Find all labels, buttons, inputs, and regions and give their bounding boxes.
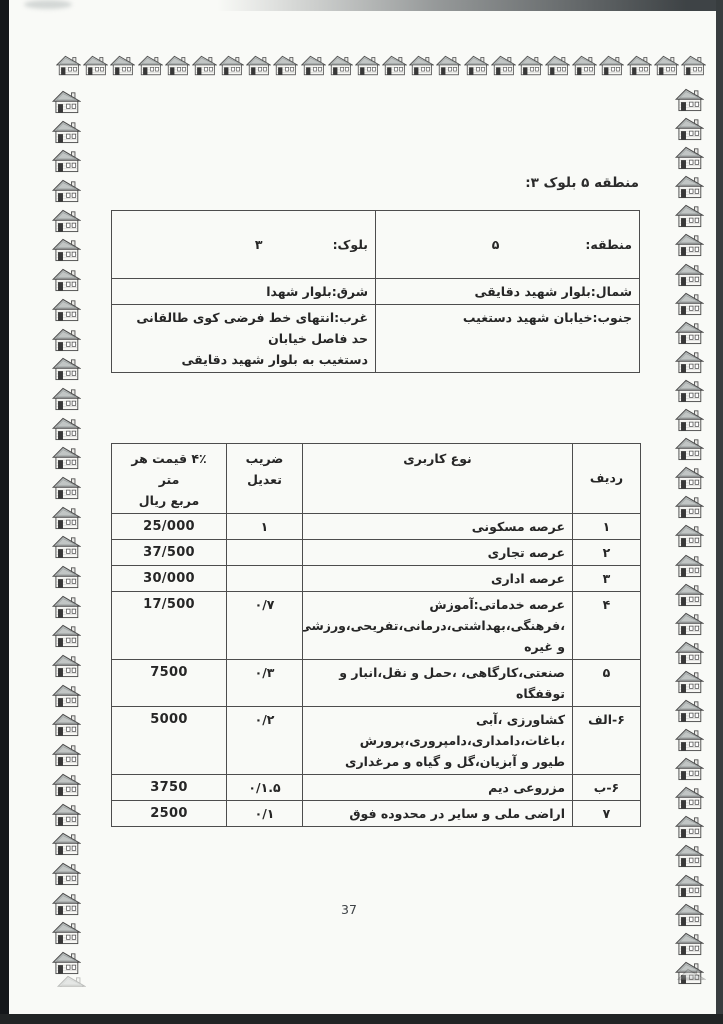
scan-edge-bottom — [0, 1014, 723, 1024]
house-icon — [52, 595, 81, 619]
house-icon — [52, 803, 81, 827]
house-icon — [52, 506, 81, 530]
scanned-document-page: منطقه ۵ بلوک ۳: منطقه: ۵ بلوک: ۳ شمال:بل… — [0, 0, 723, 1024]
table-row: ۴ عرصه خدماتی:آموزش ،فرهنگی،بهداشتی،درما… — [112, 592, 641, 660]
house-icon — [675, 699, 704, 723]
house-icon — [273, 55, 298, 76]
table-row: ۱ عرصه مسکونی ۱ 25/000 — [112, 514, 641, 540]
table-row: ۶-ب مزروعی دیم ۰/۱.۵ 3750 — [112, 775, 641, 801]
house-icon — [675, 321, 704, 345]
house-icon — [675, 728, 704, 752]
house-icon — [677, 968, 706, 980]
house-icon — [52, 120, 81, 144]
page-title: منطقه ۵ بلوک ۳: — [525, 175, 639, 191]
house-icon — [52, 238, 81, 262]
house-icon — [545, 55, 570, 76]
block-label: بلوک: — [333, 234, 368, 255]
coefficient-cell: ۰/۷ — [227, 592, 303, 660]
coefficient-cell — [227, 540, 303, 566]
house-icon — [355, 55, 380, 76]
house-icon — [52, 387, 81, 411]
house-icon — [219, 55, 244, 76]
table-row: جنوب:خیابان شهید دستغیب غرب:انتهای خط فر… — [112, 305, 640, 373]
coefficient-cell: ۰/۱.۵ — [227, 775, 303, 801]
coefficient-cell: ۰/۱ — [227, 801, 303, 827]
header-adjustment-coefficient: ضریب تعدیل — [227, 444, 303, 514]
house-icon — [464, 55, 489, 76]
house-icon — [52, 535, 81, 559]
house-icon — [328, 55, 353, 76]
house-icon — [675, 815, 704, 839]
house-icon — [52, 654, 81, 678]
coefficient-cell: ۰/۲ — [227, 707, 303, 775]
price-cell: 30/000 — [112, 566, 227, 592]
house-icon — [52, 743, 81, 767]
usage-type-cell: عرصه خدماتی:آموزش ،فرهنگی،بهداشتی،درمانی… — [303, 592, 573, 660]
house-icon — [675, 233, 704, 257]
row-number-cell: ۱ — [573, 514, 641, 540]
coefficient-cell — [227, 566, 303, 592]
house-icon — [675, 903, 704, 927]
house-icon — [52, 149, 81, 173]
table-row: شمال:بلوار شهید دقایقی شرق:بلوار شهدا — [112, 279, 640, 305]
house-icon — [52, 921, 81, 945]
price-cell: 5000 — [112, 707, 227, 775]
house-icon — [654, 55, 679, 76]
house-icon — [675, 88, 704, 112]
page-number: 37 — [341, 902, 357, 917]
house-icon — [627, 55, 652, 76]
house-icon — [83, 55, 108, 76]
house-icon — [52, 862, 81, 886]
house-icon — [675, 670, 704, 694]
house-icon — [677, 968, 707, 980]
row-number-cell: ۶-الف — [573, 707, 641, 775]
region-value: ۵ — [492, 234, 500, 255]
region-cell: منطقه: ۵ — [376, 211, 640, 279]
price-cell: 2500 — [112, 801, 227, 827]
house-icon — [675, 554, 704, 578]
price-cell: 17/500 — [112, 592, 227, 660]
table-row: منطقه: ۵ بلوک: ۳ — [112, 211, 640, 279]
table-row: ۵ صنعتی،کارگاهی، ،حمل و نقل،انبار و توقف… — [112, 660, 641, 707]
south-boundary: جنوب:خیابان شهید دستغیب — [376, 305, 640, 373]
header-usage-type: نوع کاربری — [303, 444, 573, 514]
east-boundary: شرق:بلوار شهدا — [112, 279, 376, 305]
row-number-cell: ۶-ب — [573, 775, 641, 801]
house-icon — [436, 55, 461, 76]
row-number-cell: ۷ — [573, 801, 641, 827]
house-icon — [675, 612, 704, 636]
region-label: منطقه: — [585, 234, 632, 255]
house-icon — [491, 55, 516, 76]
house-icon — [52, 446, 81, 470]
scan-edge-top — [0, 0, 723, 11]
house-icon — [675, 350, 704, 374]
house-icon — [52, 298, 81, 322]
house-icon — [675, 874, 704, 898]
usage-type-cell: عرصه تجاری — [303, 540, 573, 566]
house-icon — [675, 379, 704, 403]
table-row: ۳ عرصه اداری 30/000 — [112, 566, 641, 592]
house-icon — [675, 495, 704, 519]
scan-edge-left — [0, 0, 9, 1024]
table-row: ۷ اراضی ملی و سایر در محدوده فوق ۰/۱ 250… — [112, 801, 641, 827]
house-icon — [52, 892, 81, 916]
house-icon — [675, 437, 704, 461]
house-icon — [165, 55, 190, 76]
price-cell: 25/000 — [112, 514, 227, 540]
row-number-cell: ۵ — [573, 660, 641, 707]
house-icon — [599, 55, 624, 76]
row-number-cell: ۴ — [573, 592, 641, 660]
price-cell: 3750 — [112, 775, 227, 801]
tariff-table: ردیف نوع کاربری ضریب تعدیل ۴٪ قیمت هر مت… — [111, 443, 641, 827]
header-row-number: ردیف — [573, 444, 641, 514]
table-header-row: ردیف نوع کاربری ضریب تعدیل ۴٪ قیمت هر مت… — [112, 444, 641, 514]
house-icon — [675, 786, 704, 810]
coefficient-cell: ۰/۳ — [227, 660, 303, 707]
block-value: ۳ — [255, 234, 263, 255]
house-icon — [52, 832, 81, 856]
usage-type-cell: عرصه مسکونی — [303, 514, 573, 540]
house-icon — [675, 146, 704, 170]
house-icon — [409, 55, 434, 76]
header-price-per-sqm: ۴٪ قیمت هر متر مربع ریال — [112, 444, 227, 514]
house-icon — [675, 466, 704, 490]
house-icon — [138, 55, 163, 76]
coefficient-cell: ۱ — [227, 514, 303, 540]
scan-edge-right — [716, 0, 723, 1024]
house-icon — [192, 55, 217, 76]
scan-smudge — [24, 0, 72, 9]
house-icon — [246, 55, 271, 76]
usage-type-cell: مزروعی دیم — [303, 775, 573, 801]
house-icon — [675, 844, 704, 868]
house-icon — [52, 90, 81, 114]
house-icon — [57, 975, 86, 987]
house-icon — [572, 55, 597, 76]
house-icon — [675, 408, 704, 432]
house-icon — [52, 417, 81, 441]
house-icon — [52, 684, 81, 708]
usage-type-cell: اراضی ملی و سایر در محدوده فوق — [303, 801, 573, 827]
block-cell: بلوک: ۳ — [112, 211, 376, 279]
house-icon — [675, 204, 704, 228]
row-number-cell: ۳ — [573, 566, 641, 592]
house-icon — [57, 975, 87, 987]
house-icon — [675, 932, 704, 956]
house-icon — [52, 624, 81, 648]
house-icon — [52, 357, 81, 381]
house-icon — [675, 175, 704, 199]
house-icon — [52, 328, 81, 352]
house-icon — [110, 55, 135, 76]
west-boundary: غرب:انتهای خط فرضی کوی طالقانی حد فاصل خ… — [112, 305, 376, 373]
house-icon — [52, 565, 81, 589]
table-row: ۲ عرصه تجاری 37/500 — [112, 540, 641, 566]
price-cell: 7500 — [112, 660, 227, 707]
house-icon — [301, 55, 326, 76]
block-info-table: منطقه: ۵ بلوک: ۳ شمال:بلوار شهید دقایقی … — [111, 210, 640, 373]
house-icon — [52, 713, 81, 737]
house-icon — [52, 179, 81, 203]
house-icon — [675, 757, 704, 781]
house-icon — [675, 263, 704, 287]
house-icon — [52, 476, 81, 500]
house-icon — [56, 55, 81, 76]
north-boundary: شمال:بلوار شهید دقایقی — [376, 279, 640, 305]
house-icon — [675, 641, 704, 665]
table-row: ۶-الف کشاورزی ،آبی ،باغات،دامداری،دامپرو… — [112, 707, 641, 775]
house-icon-border-top — [56, 55, 706, 79]
price-cell: 37/500 — [112, 540, 227, 566]
house-icon — [52, 773, 81, 797]
usage-type-cell: کشاورزی ،آبی ،باغات،دامداری،دامپروری،پرو… — [303, 707, 573, 775]
usage-type-cell: عرصه اداری — [303, 566, 573, 592]
house-icon — [52, 951, 81, 975]
house-icon — [382, 55, 407, 76]
house-icon-border-right — [675, 88, 704, 985]
house-icon — [675, 583, 704, 607]
house-icon — [675, 117, 704, 141]
row-number-cell: ۲ — [573, 540, 641, 566]
house-icon — [675, 292, 704, 316]
house-icon — [681, 55, 706, 76]
house-icon — [52, 268, 81, 292]
house-icon — [52, 209, 81, 233]
house-icon — [518, 55, 543, 76]
usage-type-cell: صنعتی،کارگاهی، ،حمل و نقل،انبار و توقفگا… — [303, 660, 573, 707]
house-icon — [675, 524, 704, 548]
house-icon-border-left — [52, 90, 82, 975]
